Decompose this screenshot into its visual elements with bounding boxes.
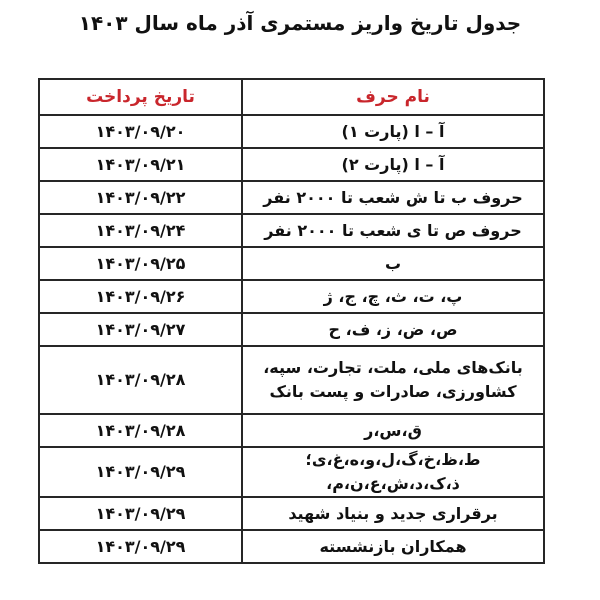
table-row: ب ۱۴۰۳/۰۹/۲۵ <box>39 247 544 280</box>
letter-name-cell: آ – ا (پارت ۲) <box>242 148 544 181</box>
table-row: همکاران بازنشسته ۱۴۰۳/۰۹/۲۹ <box>39 530 544 563</box>
payment-date-cell: ۱۴۰۳/۰۹/۲۴ <box>39 214 242 247</box>
letter-name-cell: ب <box>242 247 544 280</box>
table-row: برقراری جدید و بنیاد شهید ۱۴۰۳/۰۹/۲۹ <box>39 497 544 530</box>
payment-date-cell: ۱۴۰۳/۰۹/۲۸ <box>39 414 242 447</box>
table-row: حروف ص تا ی شعب تا ۲۰۰۰ نفر ۱۴۰۳/۰۹/۲۴ <box>39 214 544 247</box>
payment-date-cell: ۱۴۰۳/۰۹/۲۱ <box>39 148 242 181</box>
column-header-letter-name: نام حرف <box>242 79 544 115</box>
payment-date-cell: ۱۴۰۳/۰۹/۲۹ <box>39 447 242 497</box>
letter-name-cell: حروف ص تا ی شعب تا ۲۰۰۰ نفر <box>242 214 544 247</box>
letter-name-cell: بانک‌های ملی، ملت، تجارت، سپه، کشاورزی، … <box>242 346 544 414</box>
payment-date-cell: ۱۴۰۳/۰۹/۲۹ <box>39 530 242 563</box>
letter-name-cell: ص، ض، ز، ف، ح <box>242 313 544 346</box>
payment-date-cell: ۱۴۰۳/۰۹/۲۶ <box>39 280 242 313</box>
table-header-row: نام حرف تاریخ پرداخت <box>39 79 544 115</box>
letter-name-cell: حروف ب تا ش شعب تا ۲۰۰۰ نفر <box>242 181 544 214</box>
column-header-payment-date: تاریخ پرداخت <box>39 79 242 115</box>
payment-schedule-table: نام حرف تاریخ پرداخت آ – ا (پارت ۱) ۱۴۰۳… <box>38 78 545 564</box>
table-row: ط،ظ،خ،گ،ل،و،ه،غ،ی؛ذ،ک،د،ش،ع،ن،م، ۱۴۰۳/۰۹… <box>39 447 544 497</box>
table-row: آ – ا (پارت ۲) ۱۴۰۳/۰۹/۲۱ <box>39 148 544 181</box>
payment-date-cell: ۱۴۰۳/۰۹/۲۲ <box>39 181 242 214</box>
letter-name-cell: آ – ا (پارت ۱) <box>242 115 544 148</box>
table-row: آ – ا (پارت ۱) ۱۴۰۳/۰۹/۲۰ <box>39 115 544 148</box>
payment-date-cell: ۱۴۰۳/۰۹/۲۰ <box>39 115 242 148</box>
table-row: حروف ب تا ش شعب تا ۲۰۰۰ نفر ۱۴۰۳/۰۹/۲۲ <box>39 181 544 214</box>
payment-date-cell: ۱۴۰۳/۰۹/۲۷ <box>39 313 242 346</box>
letter-name-cell: برقراری جدید و بنیاد شهید <box>242 497 544 530</box>
table-body: آ – ا (پارت ۱) ۱۴۰۳/۰۹/۲۰ آ – ا (پارت ۲)… <box>39 115 544 563</box>
letter-name-cell: ط،ظ،خ،گ،ل،و،ه،غ،ی؛ذ،ک،د،ش،ع،ن،م، <box>242 447 544 497</box>
table-row: بانک‌های ملی، ملت، تجارت، سپه، کشاورزی، … <box>39 346 544 414</box>
page-title: جدول تاریخ واریز مستمری آذر ماه سال ۱۴۰۳ <box>0 11 600 35</box>
payment-date-cell: ۱۴۰۳/۰۹/۲۸ <box>39 346 242 414</box>
table-row: پ، ت، ث، چ، ج، ژ ۱۴۰۳/۰۹/۲۶ <box>39 280 544 313</box>
payment-date-cell: ۱۴۰۳/۰۹/۲۵ <box>39 247 242 280</box>
letter-name-cell: ق،س،ر <box>242 414 544 447</box>
letter-name-cell: پ، ت، ث، چ، ج، ژ <box>242 280 544 313</box>
table-row: ق،س،ر ۱۴۰۳/۰۹/۲۸ <box>39 414 544 447</box>
letter-name-cell: همکاران بازنشسته <box>242 530 544 563</box>
table-row: ص، ض، ز، ف، ح ۱۴۰۳/۰۹/۲۷ <box>39 313 544 346</box>
payment-date-cell: ۱۴۰۳/۰۹/۲۹ <box>39 497 242 530</box>
